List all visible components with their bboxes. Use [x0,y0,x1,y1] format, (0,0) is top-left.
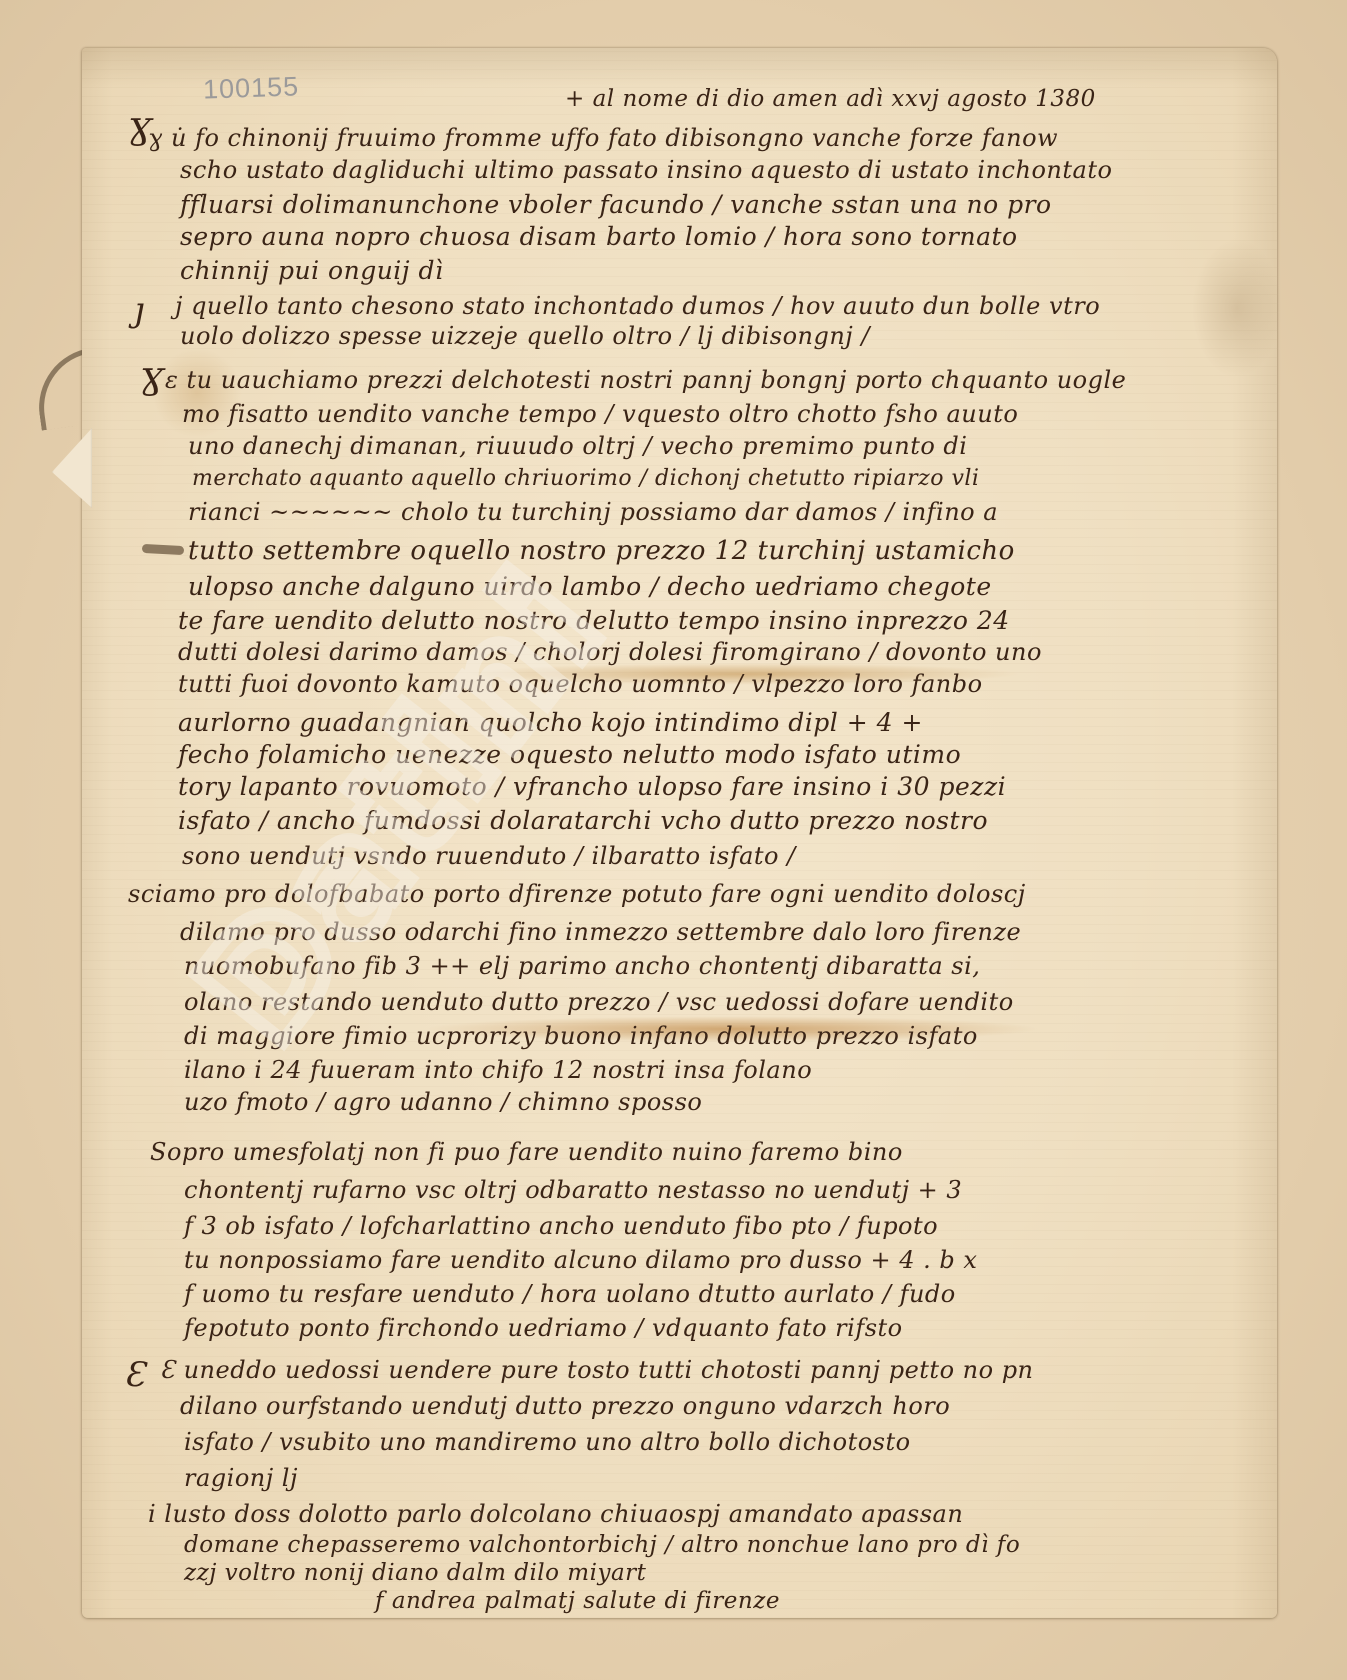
text-line: dilano ourfstando uendutj dutto prezzo o… [180,1392,950,1420]
text-line: Ɛ uneddo uedossi uendere pure tosto tutt… [160,1356,1034,1384]
text-line: uno danechj dimanan, riuuudo oltrj / vec… [188,432,967,460]
text-line: tory lapanto rovuomoto / vfrancho ulopso… [178,772,1006,801]
text-line: ffluarsi dolimanunchone vboler facundo /… [180,190,1052,219]
text-line: scho ustato dagliduchi ultimo passato in… [180,156,1112,184]
text-line: tu nonpossiamo fare uendito alcuno dilam… [184,1246,977,1274]
text-line: f 3 ob isfato / lofcharlattino ancho uen… [184,1212,938,1240]
text-line: aurlorno guadangnian quolcho kojo intind… [178,708,923,737]
margin-mark: ȷ [134,290,145,330]
text-line: rianci ~~~~~~ cholo tu turchinj possiamo… [188,498,998,526]
text-line: uolo dolizzo spesse uizzeje quello oltro… [180,322,870,350]
text-line: ilano i 24 fuueram into chifo 12 nostri … [184,1056,812,1084]
text-line: merchato aquanto aquello chriuorimo / di… [192,466,979,491]
text-line: di maggiore fimio ucprorizy buono infano… [184,1022,978,1050]
signature-line: f andrea palmatj salute di firenze [375,1588,780,1614]
text-line: isfato / ancho fumdossi dolaratarchi vch… [178,806,988,835]
letter-text: + al nome di dio amen adì xxvj agosto 13… [0,0,1347,1680]
text-line: zzj voltro nonij diano dalm dilo miyart [184,1560,646,1586]
text-line: tutti fuoi dovonto kamuto oquelcho uomnt… [178,670,983,698]
text-line: ulopso anche dalguno uirdo lambo / decho… [188,572,992,601]
text-line: te fare uendito delutto nostro delutto t… [178,606,1010,635]
text-line: uzo fmoto / agro udanno / chimno sposso [184,1088,702,1116]
text-line: dilamo pro dusso odarchi fino inmezzo se… [180,918,1021,946]
letter-heading: + al nome di dio amen adì xxvj agosto 13… [565,86,1096,112]
text-line: mo fisatto uendito vanche tempo / vquest… [182,400,1018,428]
text-line: sono uendutj vsndo ruuenduto / ilbaratto… [182,842,796,870]
text-line: chontentj rufarno vsc oltrj odbaratto ne… [184,1176,962,1204]
text-line: dutti dolesi darimo damos / cholorj dole… [178,638,1042,666]
text-line: domane chepasseremo valchontorbichj / al… [184,1532,1020,1558]
text-line: sciamo pro dolofbabato porto dfirenze po… [128,880,1026,908]
text-line: f uomo tu resfare uenduto / hora uolano … [184,1280,956,1308]
margin-mark: Ɣ [140,362,164,402]
text-line: chinnij pui onguij dì [180,256,444,285]
text-line: fecho folamicho uenezze oquesto nelutto … [178,740,961,769]
text-line: ɣ u̇ fo chinonij fruuimo fromme uffo fat… [148,124,1058,152]
text-line: fepotuto ponto firchondo uedriamo / vdqu… [184,1314,903,1342]
text-line: ragionj lj [184,1464,298,1492]
text-line: olano restando uenduto dutto prezzo / vs… [184,988,1014,1016]
text-line: nuomobufano fib 3 ++ elj parimo ancho ch… [184,952,980,980]
text-line: ɛ tu uauchiamo prezzi delchotesti nostri… [165,366,1126,394]
text-line: Sopro umesfolatj non fi puo fare uendito… [150,1138,903,1166]
text-line: i lusto doss dolotto parlo dolcolano chi… [148,1500,963,1528]
text-line: sepro auna nopro chuosa disam barto lomi… [180,222,1018,251]
margin-mark: Ɛ [124,1355,145,1395]
text-line: isfato / vsubito uno mandiremo uno altro… [184,1428,911,1456]
text-line: j quello tanto chesono stato inchontado … [175,292,1100,320]
text-line: tutto settembre oquello nostro prezzo 12… [188,536,1015,566]
